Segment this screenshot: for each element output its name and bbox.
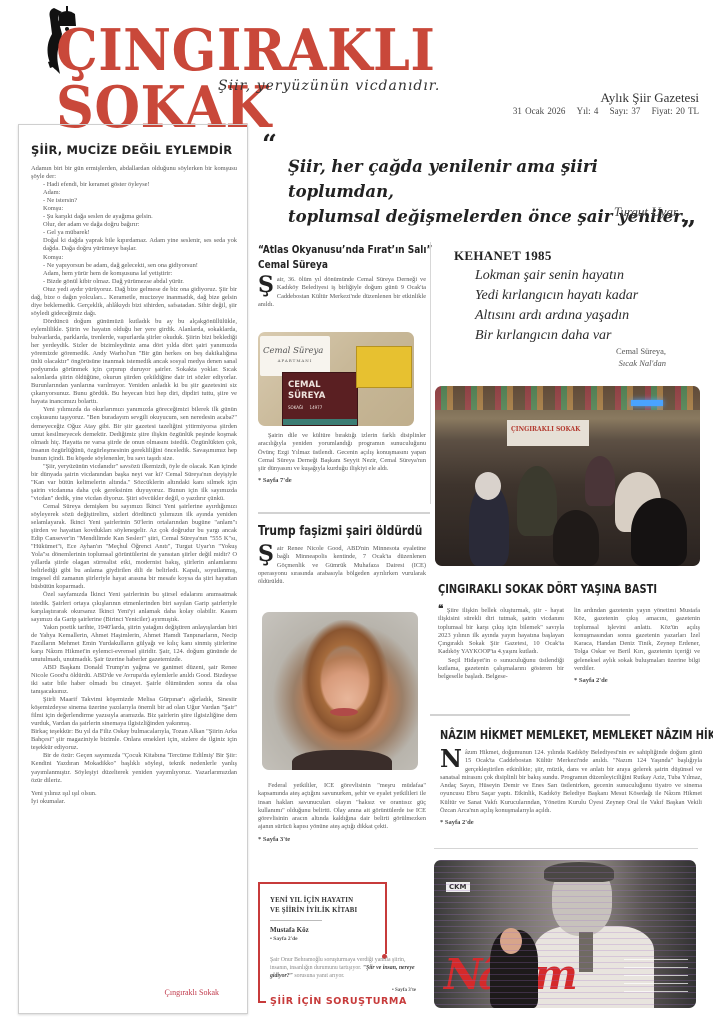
quote-mark-icon: ❝ bbox=[438, 604, 443, 615]
page-reference[interactable]: * Sayfa 2'de bbox=[574, 677, 700, 685]
dialogue-line: - Bizde gönül kibir olmaz. Dağ yürümezse… bbox=[31, 278, 237, 286]
quote-author: Turgut Uyar bbox=[614, 204, 678, 220]
sign-text: CEMAL bbox=[288, 380, 352, 391]
photo-nazim-hikmet-event: CKM Nâzım bbox=[434, 860, 696, 1008]
dropcap: N bbox=[440, 750, 462, 768]
photo-renee-nicole-good bbox=[262, 612, 418, 770]
dropcap: Ş bbox=[258, 546, 274, 563]
frame-line bbox=[258, 1001, 266, 1003]
photo-banner: ÇINGIRAKLI SOKAK bbox=[507, 420, 589, 446]
sign-text: Cemal Süreya bbox=[263, 346, 323, 356]
photo-detail bbox=[330, 708, 358, 716]
dialogue-line: - Hadi efendi, bir keramet göster öyleys… bbox=[31, 181, 237, 189]
issue-year: Yıl: 4 bbox=[577, 106, 599, 116]
poem-book: Sıcak Nal'dan bbox=[616, 357, 666, 369]
photo-person bbox=[553, 510, 599, 566]
photo-person bbox=[585, 456, 615, 506]
article-cemal-body: Şairin dile ve kültüre bıraktığı izlerin… bbox=[258, 432, 426, 484]
sign-text: SÜREYA bbox=[288, 391, 352, 402]
photo-detail bbox=[302, 620, 388, 740]
article-subtitle: Cemal Süreya bbox=[258, 257, 396, 272]
article-trump-body: Federal yetkililer, ICE görevlisinin "me… bbox=[258, 782, 426, 843]
poem-source: Cemal Süreya, Sıcak Nal'dan bbox=[616, 345, 666, 369]
frame-line bbox=[385, 882, 387, 954]
editorial-closing: İyi okumalar. bbox=[31, 798, 237, 806]
editorial-paragraph: Özel sayfamızda İkinci Yeni şairlerinin … bbox=[31, 591, 237, 623]
column-divider bbox=[430, 242, 431, 504]
photo-cemal-sureya-signs: Cemal SüreyaAPARTMANI CEMAL SÜREYA SOKAĞ… bbox=[258, 332, 414, 426]
poem-text: Lokman şair senin hayatın Yedi kırlangıc… bbox=[475, 266, 638, 346]
editorial-paragraph: Cemal Süreya demişken bu sayımızı İkinci… bbox=[31, 503, 237, 592]
survey-description: Şair Onur Behramoğlu soruşturmaya verdiğ… bbox=[270, 956, 416, 980]
dropcap: Ş bbox=[258, 277, 274, 294]
editorial-body: Adamın biri bir gün ermişlerden, abdalla… bbox=[31, 165, 237, 806]
survey-title-line: YENİ YIL İÇİN HAYATIN bbox=[270, 896, 357, 906]
issue-price: Fiyat: 20 TL bbox=[652, 106, 699, 116]
page-reference[interactable]: * Sayfa 2'de bbox=[440, 819, 702, 827]
yellow-plaque bbox=[356, 346, 412, 388]
article-lead: Şair, 36. ölüm yıl dönümünde Cemal Sürey… bbox=[258, 276, 426, 309]
issue-number: Sayı: 37 bbox=[610, 106, 641, 116]
editorial-paragraph: Dördüncü doğum günümüzü kutladık bu ay b… bbox=[31, 318, 237, 407]
dialogue-line: Olur, der adam ve dağa doğru bağırır: bbox=[31, 221, 237, 229]
photo-detail bbox=[435, 386, 700, 410]
open-quote-icon: “ bbox=[262, 130, 277, 160]
article-text: lin ardından gazetenin yayın yönetimi Mu… bbox=[574, 607, 700, 673]
quote-line: Şiir, her çağda yenilenir ama şiiri topl… bbox=[288, 154, 708, 204]
article-title[interactable]: NÂZIM HİKMET MEMLEKET, MEMLEKET NÂZIM Hİ… bbox=[440, 728, 713, 742]
article-body: Federal yetkililer, ICE görevlisinin "me… bbox=[258, 782, 426, 832]
photo-detail bbox=[631, 400, 663, 406]
dialogue-line: Adam: bbox=[31, 189, 237, 197]
page-reference[interactable]: • Sayfa 3'te bbox=[392, 988, 416, 993]
survey-title-line: VE ŞİİRİN İYİLİK KİTABI bbox=[270, 906, 357, 916]
article-lead: Şair Renee Nicole Good, ABD'nin Minnesot… bbox=[258, 545, 426, 586]
dialogue-line: - Gel ya mübarek! bbox=[31, 229, 237, 237]
masthead: ÇINGIRAKLI SOKAK Şiir, yeryüzünün vicdan… bbox=[0, 0, 713, 118]
issue-info: 31 Ocak 2026 Yıl: 4 Sayı: 37 Fiyat: 20 T… bbox=[505, 106, 699, 116]
dialogue-line: Adam, hem yürür hem de komşusuna laf yet… bbox=[31, 270, 237, 278]
section-divider bbox=[430, 714, 630, 716]
newspaper-subtitle: Aylık Şiir Gazetesi bbox=[601, 90, 699, 106]
editorial-paragraph: "Şiir, yeryüzünün vicdanıdır" savsözü il… bbox=[31, 463, 237, 503]
article-text: âzım Hikmet, doğumunun 124. yılında Kadı… bbox=[440, 749, 702, 814]
page-reference[interactable]: * Sayfa 3'te bbox=[258, 836, 426, 843]
page-reference[interactable]: * Sayfa 7'de bbox=[258, 477, 426, 484]
page-reference[interactable]: • Sayfa 2'de bbox=[270, 936, 298, 942]
poem-line: Altısını ardı ardına yaşadın bbox=[475, 306, 638, 326]
article-body: Şairin dile ve kültüre bıraktığı izlerin… bbox=[258, 432, 426, 473]
lead-text: air Renee Nicole Good, ABD'nin Minnesota… bbox=[258, 545, 426, 585]
dialogue-line: Komşu: bbox=[31, 205, 237, 213]
editorial-signature: Çıngıraklı Sokak bbox=[165, 988, 219, 997]
frame-line bbox=[258, 882, 260, 1002]
editorial-paragraph: Otuz yedi aydır yürüyoruz. Dağ bize gelm… bbox=[31, 286, 237, 318]
dialogue-line: - Ne istersin? bbox=[31, 197, 237, 205]
section-divider bbox=[434, 848, 698, 849]
close-quote-icon: ” bbox=[681, 216, 696, 246]
frame-line bbox=[258, 882, 386, 884]
survey-box: YENİ YIL İÇİN HAYATIN VE ŞİİRİN İYİLİK K… bbox=[258, 882, 418, 1014]
dialogue-line: - Şu karşıki dağa seslen de ayağıma gels… bbox=[31, 213, 237, 221]
survey-author: Mustafa Köz bbox=[270, 926, 309, 934]
featured-quote: “ Şiir, her çağda yenilenir ama şiiri to… bbox=[258, 130, 708, 240]
street-sign: CEMAL SÜREYA SOKAĞI 14977 bbox=[282, 372, 358, 426]
photo-detail bbox=[434, 860, 696, 1008]
apartment-sign: Cemal SüreyaAPARTMANI bbox=[260, 336, 330, 376]
article-column: ❝ Şiire ilişkin bellek oluşturmak, şiir … bbox=[438, 607, 564, 686]
poem-author: Cemal Süreya, bbox=[616, 345, 666, 357]
poem-line: Yedi kırlangıcın hayatı kadar bbox=[475, 286, 638, 306]
poem-line: Lokman şair senin hayatın bbox=[475, 266, 638, 286]
editorial-paragraph: Bir de özür: Geçen sayımızda "Çocuk Kita… bbox=[31, 752, 237, 784]
photo-person bbox=[517, 466, 557, 536]
photo-person bbox=[631, 498, 687, 566]
desc-text: sorusuna yanıt arıyor. bbox=[294, 973, 344, 979]
article-nazim-body: Nâzım Hikmet, doğumunun 124. yılında Kad… bbox=[440, 749, 702, 828]
editorial-closing: Yeni yılınız ışıl ışıl olsun. bbox=[31, 790, 237, 798]
editorial-paragraph: ABD Başkanı Donald Trump'ın yağma ve gan… bbox=[31, 664, 237, 696]
dialogue-line: Doğal ki dağda yaprak bile kıpırdamaz. A… bbox=[31, 237, 237, 253]
article-trump: Trump faşizmi şairi öldürdü Şair Renee N… bbox=[258, 524, 426, 586]
editorial-paragraph: Yeni yılımızda da okurlarımızı yanımızda… bbox=[31, 406, 237, 462]
sign-strip bbox=[283, 419, 357, 425]
survey-title[interactable]: YENİ YIL İÇİN HAYATIN VE ŞİİRİN İYİLİK K… bbox=[270, 896, 357, 916]
survey-label: ŞİİR İÇİN SORUŞTURMA bbox=[270, 996, 407, 1007]
poem-line: Bir kırlangıcın daha var bbox=[475, 326, 638, 346]
editorial-intro: Adamın biri bir gün ermişlerden, abdalla… bbox=[31, 165, 237, 181]
dialogue-line: Komşu: bbox=[31, 254, 237, 262]
sign-subtext: SOKAĞI bbox=[288, 405, 303, 410]
lead-text: air, 36. ölüm yıl dönümünde Cemal Süreya… bbox=[258, 276, 426, 308]
sign-subtext: APARTMANI bbox=[263, 358, 327, 363]
article-title[interactable]: “Atlas Okyanusu’nda Fırat’ın Salı” bbox=[258, 242, 396, 257]
editorial-paragraph: Birkaç teşekkür: Bu yıl da Filiz Oskay b… bbox=[31, 728, 237, 752]
editorial-article: ŞİİR, MUCİZE DEĞİL EYLEMDİR Adamın biri … bbox=[18, 124, 248, 1014]
issue-date: 31 Ocak 2026 bbox=[513, 106, 566, 116]
article-title[interactable]: Trump faşizmi şairi öldürdü bbox=[258, 524, 396, 539]
editorial-paragraph: Şiirli Maarif Takvimi köşemizde Melisa G… bbox=[31, 696, 237, 728]
editorial-title: ŞİİR, MUCİZE DEĞİL EYLEMDİR bbox=[31, 143, 237, 157]
editorial-paragraph: Yakın poetik tarihte, 1940'larda, şiirin… bbox=[31, 624, 237, 664]
article-title[interactable]: ÇINGIRAKLI SOKAK DÖRT YAŞINA BASTI bbox=[438, 582, 657, 596]
dialogue-line: - Ne yapıyorsun be adam, dağ gelecekti, … bbox=[31, 262, 237, 270]
article-text: Şiire ilişkin bellek oluşturmak, şiir - … bbox=[438, 607, 564, 655]
sign-number: 14977 bbox=[310, 405, 323, 410]
article-anniversary-body: ❝ Şiire ilişkin bellek oluşturmak, şiir … bbox=[438, 607, 700, 686]
article-text: Seçil Hidayet'in o sunuculuğunu üstlendi… bbox=[438, 657, 564, 682]
slogan: Şiir, yeryüzünün vicdanıdır. bbox=[218, 78, 440, 94]
photo-person bbox=[475, 472, 501, 500]
photo-anniversary-celebration: ÇINGIRAKLI SOKAK bbox=[435, 386, 700, 566]
poem-title: KEHANET 1985 bbox=[454, 248, 552, 264]
article-column: lin ardından gazetenin yayın yönetimi Mu… bbox=[574, 607, 700, 686]
section-divider bbox=[258, 512, 430, 514]
divider bbox=[270, 920, 322, 921]
article-cemal-sureya: “Atlas Okyanusu’nda Fırat’ın Salı” Cemal… bbox=[258, 242, 426, 309]
photo-detail bbox=[292, 750, 392, 770]
